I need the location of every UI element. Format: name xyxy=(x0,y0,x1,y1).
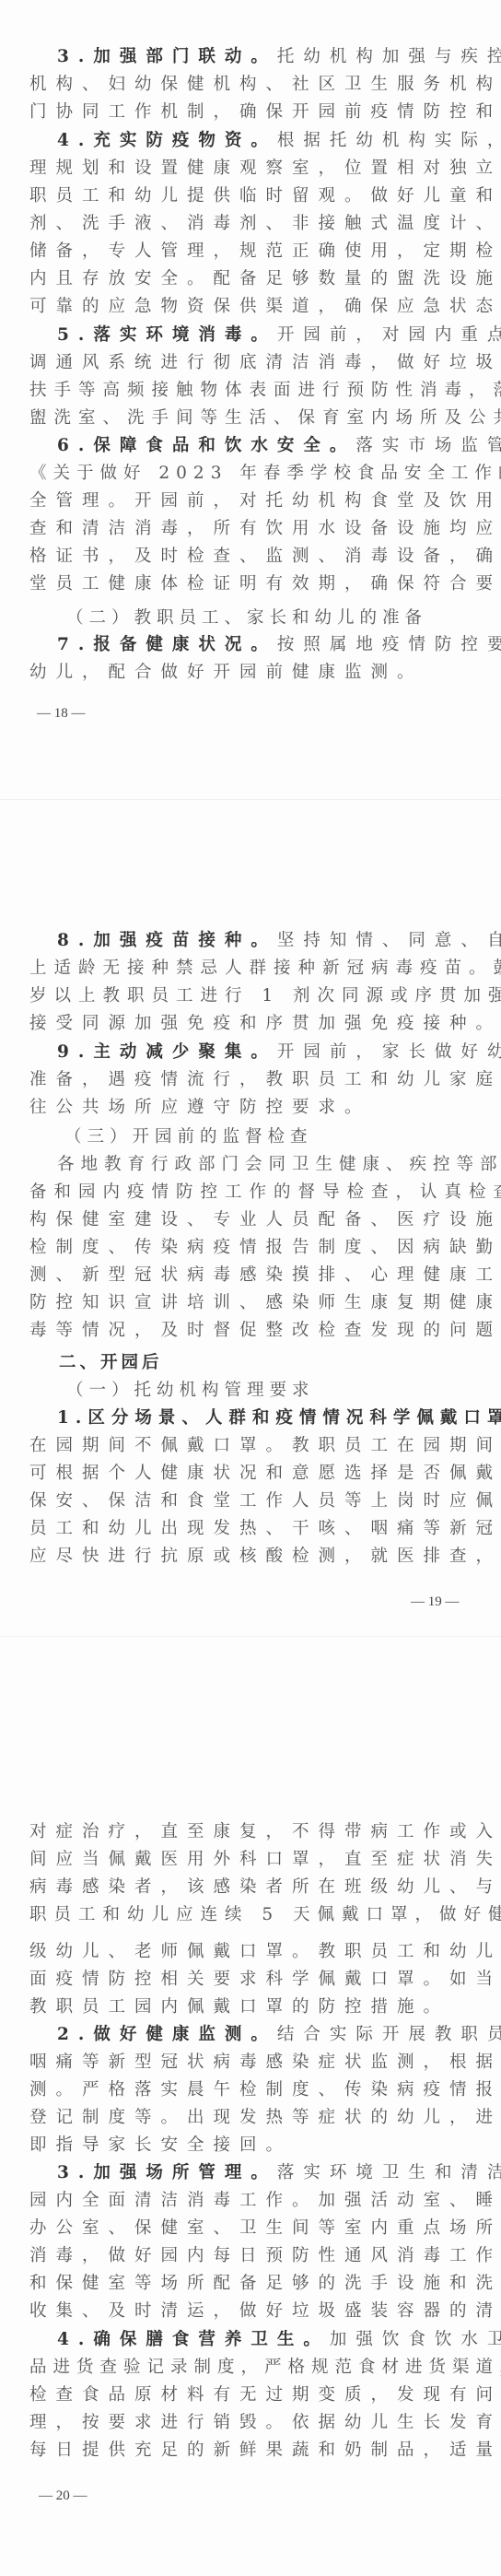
paragraph-lead: 3.加强部门联动。 xyxy=(57,47,277,66)
subsection-heading: （一）托幼机构管理要求 xyxy=(66,1378,315,1404)
paragraph-lead: 1.区分场景、人群和疫情情况科学佩戴口罩。 xyxy=(57,1408,501,1428)
paragraph-line: 登记制度等。出现发热等症状的幼儿，进行抗原或核酸检测，立 xyxy=(29,2105,451,2131)
paragraph-line: 对症治疗，直至康复，不得带病工作或入园；若为阴性，在园期 xyxy=(29,1819,451,1845)
paragraph-line: 全管理。开园前，对托幼机构食堂及饮用水设备设施进行彻底检 xyxy=(29,488,451,514)
paragraph-line: 接受同源加强免疫和序贯加强免疫接种。 xyxy=(29,1011,451,1037)
paragraph-line: 每日提供充足的新鲜果蔬和奶制品，适量的鱼、禽、蛋、瘦肉， xyxy=(29,2438,451,2464)
paragraph-line: 2.做好健康监测。结合实际开展教职员工和幼儿发热、干咳、 xyxy=(57,2022,451,2048)
paragraph-lead: 3.加强场所管理。 xyxy=(57,2163,277,2182)
paragraph-line: 7.报备健康状况。按照属地疫情防控要求，所有教职员工和 xyxy=(57,632,451,658)
paragraph-line: 可靠的应急物资保供渠道，确保应急状态下物资供给充足。 xyxy=(29,294,451,320)
section-heading: 二、开园后 xyxy=(59,1350,163,1376)
paragraph-line: 岁以上教职员工进行 1 剂次同源或序贯加强免疫接种，不可同时 xyxy=(29,983,451,1009)
paragraph-line: 4.确保膳食营养卫生。加强饮食饮水卫生管理，严格执行食 xyxy=(57,2327,451,2353)
paragraph-line: 防控知识宣讲培训、感染师生康复期健康指导、重点区域清洁消 xyxy=(29,1290,451,1316)
paragraph-line: 消毒，做好园内每日预防性通风消毒工作。确保在食堂、卫生间 xyxy=(29,2243,451,2269)
paragraph-line: 间应当佩戴医用外科口罩，直至症状消失。如托幼机构发现新冠 xyxy=(29,1847,451,1873)
paragraph-line: 机构、妇幼保健机构、社区卫生服务机构等沟通协作，健全多部 xyxy=(29,72,451,98)
paragraph-line: 《关于做好 2023 年春季学校食品安全工作的通知》，强化食品安 xyxy=(29,461,451,487)
paragraph-line: 调通风系统进行彻底清洁消毒，做好垃圾清理，对门把手、扶梯 xyxy=(29,350,451,376)
paragraph-line: 各地教育行政部门会同卫生健康、疾控等部门加强对开园准 xyxy=(57,1152,451,1178)
paragraph-line: 准备，遇疫情流行，教职员工和幼儿家庭应减少聚集性活动，前 xyxy=(29,1067,451,1093)
paragraph-line: 储备，专人管理，规范正确使用，定期检查，确保物品在有效期 xyxy=(29,239,451,265)
paragraph-line: 备和园内疫情防控工作的督导检查，认真检查行政区域内托幼机 xyxy=(29,1180,451,1206)
paragraph-lead: 8.加强疫苗接种。 xyxy=(57,931,277,950)
paragraph-line: 往公共场所应遵守防控要求。 xyxy=(29,1095,451,1121)
paragraph-line: 即指导家长安全接回。 xyxy=(29,2133,451,2158)
page-number: — 19 — xyxy=(411,1593,460,1611)
paragraph-lead: 6.保障食品和饮水安全。 xyxy=(57,436,355,455)
page-divider xyxy=(0,1636,501,1637)
paragraph-line: 毒等情况，及时督促整改检查发现的问题。 xyxy=(29,1318,451,1344)
paragraph-line: 测、新型冠状病毒感染摸排、心理健康工作、健康教育和传染病 xyxy=(29,1263,451,1288)
paragraph-line: 咽痛等新型冠状病毒感染症状监测，根据需要进行抗原或核酸检 xyxy=(29,2050,451,2076)
paragraph-line: 面疫情防控相关要求科学佩戴口罩。如当地出现疫情流行，恢复 xyxy=(29,1967,451,1993)
paragraph-line: 堂员工健康体检证明有效期，确保符合要求。 xyxy=(29,571,451,597)
page-19: 8.加强疫苗接种。坚持知情、同意、自愿原则，鼓励 3 岁以 上适龄无接种禁忌人群… xyxy=(0,811,501,1641)
paragraph-line: 检查食品原材料有无过期变质，发现有问题的食品原料要立即清 xyxy=(29,2382,451,2408)
page-number: — 20 — xyxy=(39,2487,87,2505)
paragraph-line: 品进货查验记录制度，严格规范食材进货渠道，保证来源可追溯。 xyxy=(29,2355,451,2381)
paragraph-line: 上适龄无接种禁忌人群接种新冠病毒疫苗。鼓励符合条件的 18 xyxy=(29,956,451,982)
paragraph-line: 教职员工园内佩戴口罩的防控措施。 xyxy=(29,1994,451,2020)
paragraph-lead: 2.做好健康监测。 xyxy=(57,2025,277,2044)
subsection-heading: （三）开园前的监督检查 xyxy=(64,1124,313,1150)
paragraph-line: 6.保障食品和饮水安全。落实市场监管总局等四部门印发的 xyxy=(57,433,451,459)
paragraph-lead: 4.确保膳食营养卫生。 xyxy=(57,2330,330,2349)
paragraph-line: 和保健室等场所配备足够的洗手设施和洗涤用品。加强垃圾分类 xyxy=(29,2271,451,2297)
paragraph-line: 门协同工作机制，确保开园前疫情防控和常规工作有序推进。 xyxy=(29,100,451,125)
paragraph-line: 理，按要求进行销毁。依据幼儿生长发育特点，合理安排膳食， xyxy=(29,2410,451,2436)
paragraph-line: 园内全面清洁消毒工作。加强活动室、睡眠室、盥洗室、食堂、 xyxy=(29,2188,451,2214)
paragraph-line: 保安、保洁和食堂工作人员等上岗时应佩戴医用外科口罩。教职 xyxy=(29,1488,451,1514)
paragraph-line: 9.主动减少聚集。开园前，家长做好幼儿看护和防疫物资的 xyxy=(57,1040,451,1065)
paragraph-line: 内且存放安全。配备足够数量的盥洗设施和洗消用品。畅通安全 xyxy=(29,266,451,292)
paragraph-line: 理规划和设置健康观察室，位置相对独立，为有发热等症状的教 xyxy=(29,156,451,182)
paragraph-line: 幼儿，配合做好开园前健康监测。 xyxy=(29,660,451,686)
paragraph-line: 盥洗室、洗手间等生活、保育室内场所及公共场所通风换气制度。 xyxy=(29,406,451,431)
page-divider xyxy=(0,799,501,800)
paragraph-lead: 5.落实环境消毒。 xyxy=(57,325,277,345)
paragraph-line: 可根据个人健康状况和意愿选择是否佩戴口罩。托幼机构园医、 xyxy=(29,1461,451,1487)
paragraph-line: 办公室、保健室、卫生间等室内重点场所及公共活动区的清洁和 xyxy=(29,2216,451,2241)
paragraph-line: 应尽快进行抗原或核酸检测，就医排查，若为阳性，应暂时居家 xyxy=(29,1544,451,1570)
paragraph-line: 员工和幼儿出现发热、干咳、咽痛等新冠病毒感染相关症状时， xyxy=(29,1516,451,1542)
paragraph-line: 扶手等高频接触物体表面进行预防性消毒，落实活动室、睡眠室、 xyxy=(29,378,451,404)
paragraph-lead: 4.充实防疫物资。 xyxy=(57,131,277,150)
paragraph-line: 在园期间不佩戴口罩。教职员工在园期间不强制要求佩戴口罩， xyxy=(29,1433,451,1459)
paragraph-line: 检制度、传染病疫情报告制度、因病缺勤追踪登记制度、健康监 xyxy=(29,1235,451,1261)
page-20: 对症治疗，直至康复，不得带病工作或入园；若为阴性，在园期 间应当佩戴医用外科口罩… xyxy=(0,1641,501,2576)
paragraph-line: 查和清洁消毒，所有饮用水设备设施均应取得行业监测、检测合 xyxy=(29,516,451,542)
paragraph-line: 测。严格落实晨午检制度、传染病疫情报告制度、因病缺勤追踪 xyxy=(29,2077,451,2103)
paragraph-line: 1.区分场景、人群和疫情情况科学佩戴口罩。开园后，幼儿 xyxy=(57,1406,451,1431)
paragraph-line: 职员工和幼儿提供临时留观。做好儿童和成人口罩、抗原检测试 xyxy=(29,183,451,209)
paragraph-lead: 7.报备健康状况。 xyxy=(57,635,277,654)
paragraph-line: 4.充实防疫物资。根据托幼机构实际，加强保健室建设，合 xyxy=(57,128,451,154)
page-number: — 18 — xyxy=(37,704,86,723)
paragraph-line: 5.落实环境消毒。开园前，对园内重点场所、公共用具和空 xyxy=(57,323,451,348)
paragraph-line: 病毒感染者，该感染者所在班级幼儿、与该感染者密切接触的教 xyxy=(29,1875,451,1900)
page-18: 3.加强部门联动。托幼机构加强与疾控机构、就近定点医疗 机构、妇幼保健机构、社区… xyxy=(0,0,501,804)
subsection-heading: （二）教职员工、家长和幼儿的准备 xyxy=(66,606,427,631)
paragraph-line: 级幼儿、老师佩戴口罩。教职员工和幼儿离园后，按照当地社会 xyxy=(29,1939,451,1965)
paragraph-line: 8.加强疫苗接种。坚持知情、同意、自愿原则，鼓励 3 岁以 xyxy=(57,928,451,954)
paragraph-line: 3.加强部门联动。托幼机构加强与疾控机构、就近定点医疗 xyxy=(57,44,451,70)
paragraph-lead: 9.主动减少聚集。 xyxy=(57,1042,277,1062)
paragraph-line: 构保健室建设、专业人员配备、医疗设施设备和药品配备、晨午 xyxy=(29,1207,451,1233)
paragraph-line: 格证书，及时检查、监测、消毒设备，确保饮用水安全。核查食 xyxy=(29,544,451,570)
paragraph-line: 剂、洗手液、消毒剂、非接触式温度计、脉搏血氧仪等防疫物资 xyxy=(29,211,451,237)
paragraph-line: 职员工和幼儿应连续 5 天佩戴口罩，做好健康监测；提倡其他班 xyxy=(29,1902,451,1928)
paragraph-line: 收集、及时清运，做好垃圾盛装容器的清洁消毒和登记工作。 xyxy=(29,2299,451,2324)
paragraph-line: 3.加强场所管理。落实环境卫生和清洁消毒制度，专人负责 xyxy=(57,2160,451,2186)
